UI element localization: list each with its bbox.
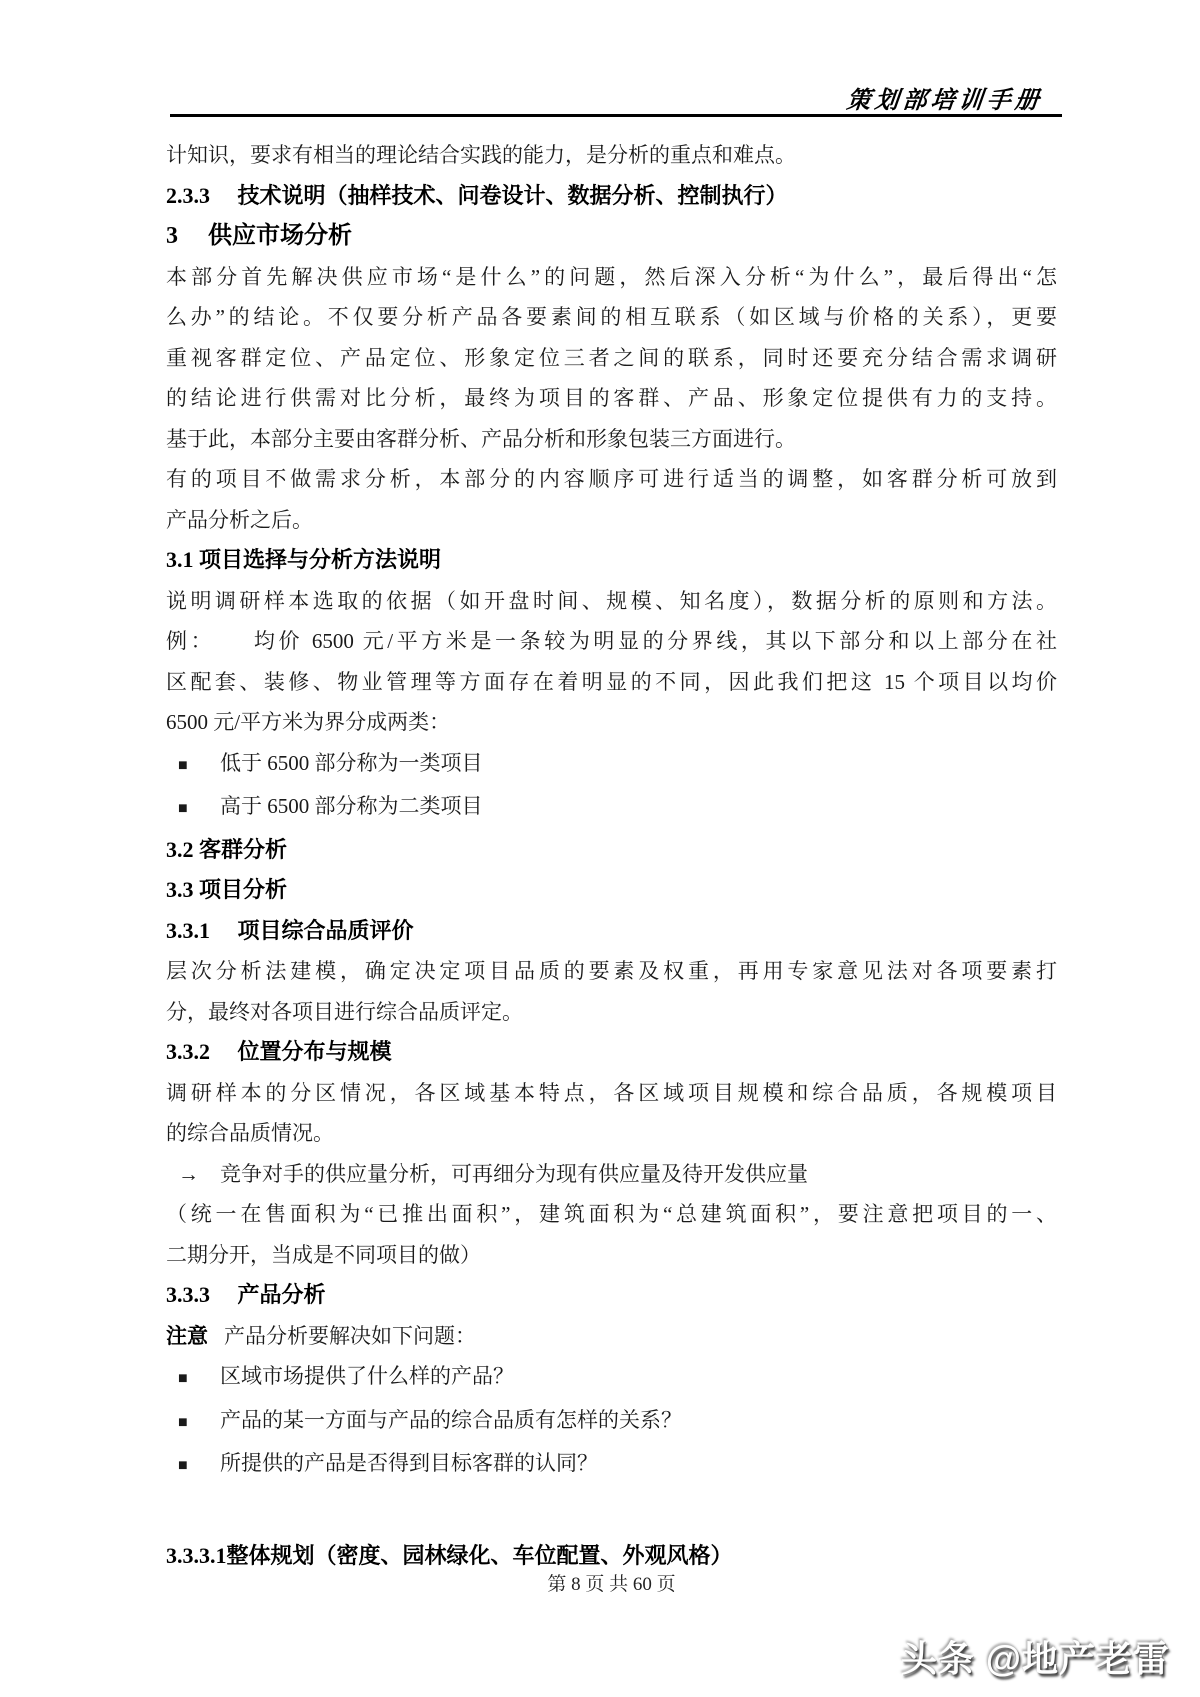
section-heading: 3.3.1 项目综合品质评价 [166,911,1057,952]
section-heading: 3.3.3.1整体规划（密度、园林绿化、车位配置、外观风格） [166,1536,1057,1577]
watermark: 头条 @地产老雷 [901,1631,1170,1682]
text-line: 的综合品质情况。 [166,1113,1057,1154]
arrow-right-icon: → [166,1154,220,1195]
line-text: 高于 6500 部分称为二类项目 [220,786,483,827]
line-text: 区域市场提供了什么样的产品？ [220,1356,514,1397]
text-line: 基于此，本部分主要由客群分析、产品分析和形象包装三方面进行。 [166,419,1057,460]
note-label: 注意 [166,1324,208,1348]
bullet-list-item: ■产品的某一方面与产品的综合品质有怎样的关系？ [166,1400,1057,1444]
section-heading: 3.1 项目选择与分析方法说明 [166,540,1057,581]
arrow-list-item: →竞争对手的供应量分析，可再细分为现有供应量及待开发供应量 [166,1154,1057,1195]
header-rule [170,114,1062,117]
document-page: { "header": { "title": "策划部培训手册" }, "con… [0,0,1200,1697]
text-line: 层次分析法建模，确定决定项目品质的要素及权重，再用专家意见法对各项要素打 [166,951,1057,992]
line-text: 低于 6500 部分称为一类项目 [220,743,483,784]
document-body: 计知识，要求有相当的理论结合实践的能力，是分析的重点和难点。2.3.3 技术说明… [166,135,1057,1576]
note-line: 注意产品分析要解决如下问题： [166,1316,1057,1357]
text-line: 二期分开，当成是不同项目的做） [166,1235,1057,1276]
section-heading: 3.3.3 产品分析 [166,1275,1057,1316]
document-header-title: 策划部培训手册 [845,80,1045,115]
text-line: 区配套、装修、物业管理等方面存在着明显的不同，因此我们把这 15 个项目以均价 [166,662,1057,703]
bullet-square-icon: ■ [166,1359,220,1400]
bullet-list-item: ■高于 6500 部分称为二类项目 [166,786,1057,830]
bullet-list-item: ■区域市场提供了什么样的产品？ [166,1356,1057,1400]
page-number: 第 8 页 共 60 页 [166,1572,1057,1598]
text-line: 例： 均价 6500 元/平方米是一条较为明显的分界线，其以下部分和以上部分在社 [166,621,1057,662]
text-line: 说明调研样本选取的依据（如开盘时间、规模、知名度），数据分析的原则和方法。 [166,581,1057,622]
text-line: 产品分析之后。 [166,500,1057,541]
section-heading: 3.3 项目分析 [166,870,1057,911]
section-heading: 3.3.2 位置分布与规模 [166,1032,1057,1073]
section-heading: 2.3.3 技术说明（抽样技术、问卷设计、数据分析、控制执行） [166,176,1057,217]
text-line: 分，最终对各项目进行综合品质评定。 [166,992,1057,1033]
bullet-square-icon: ■ [166,1446,220,1487]
line-text: 产品分析要解决如下问题： [224,1324,476,1348]
text-line: 有的项目不做需求分析，本部分的内容顺序可进行适当的调整，如客群分析可放到 [166,459,1057,500]
line-text: 所提供的产品是否得到目标客群的认同？ [220,1443,598,1484]
line-text: 产品的某一方面与产品的综合品质有怎样的关系？ [220,1400,682,1441]
text-line: （统一在售面积为“已推出面积”，建筑面积为“总建筑面积”，要注意把项目的一、 [166,1194,1057,1235]
bullet-list-item: ■低于 6500 部分称为一类项目 [166,743,1057,787]
line-text: 竞争对手的供应量分析，可再细分为现有供应量及待开发供应量 [220,1154,808,1195]
bullet-square-icon: ■ [166,1403,220,1444]
bullet-square-icon: ■ [166,789,220,830]
section-heading: 3 供应市场分析 [166,216,1057,257]
text-line: 本部分首先解决供应市场“是什么”的问题，然后深入分析“为什么”，最后得出“怎 [166,257,1057,298]
section-heading: 3.2 客群分析 [166,830,1057,871]
bullet-square-icon: ■ [166,746,220,787]
text-line: 计知识，要求有相当的理论结合实践的能力，是分析的重点和难点。 [166,135,1057,176]
text-line: 重视客群定位、产品定位、形象定位三者之间的联系，同时还要充分结合需求调研 [166,338,1057,379]
text-line: 6500 元/平方米为界分成两类： [166,702,1057,743]
bullet-list-item: ■所提供的产品是否得到目标客群的认同？ [166,1443,1057,1487]
text-line: 的结论进行供需对比分析，最终为项目的客群、产品、形象定位提供有力的支持。 [166,378,1057,419]
text-line: 调研样本的分区情况，各区域基本特点，各区域项目规模和综合品质，各规模项目 [166,1073,1057,1114]
text-line: 么办”的结论。不仅要分析产品各要素间的相互联系（如区域与价格的关系），更要 [166,297,1057,338]
